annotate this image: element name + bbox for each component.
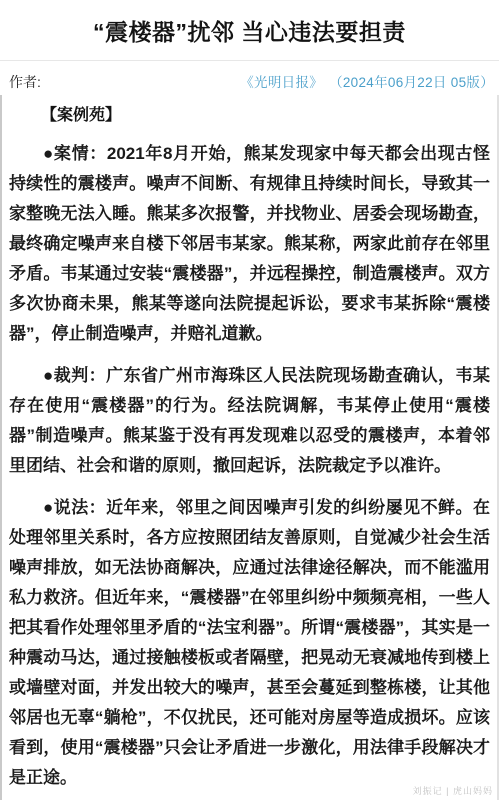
paragraph-label-text: 案情： bbox=[54, 144, 107, 163]
source-citation[interactable]: 《光明日报》（2024年06月22日 05版） bbox=[240, 71, 494, 91]
bullet-icon: ● bbox=[43, 498, 54, 517]
left-edge-border bbox=[0, 95, 2, 800]
bullet-icon: ● bbox=[43, 366, 54, 385]
paragraph-commentary: ●说法：近年来，邻里之间因噪声引发的纠纷屡见不鲜。在处理邻里关系时，各方应按照团… bbox=[9, 493, 490, 793]
paragraph-case-facts-text: 2021年8月开始，熊某发现家中每天都会出现古怪持续性的震楼声。噪声不间断、有规… bbox=[9, 144, 490, 343]
paragraph-label-text: 裁判： bbox=[54, 366, 106, 385]
paragraph-case-facts-label: ●案情： bbox=[43, 144, 107, 163]
article-title: “震楼器”扰邻 当心违法要担责 bbox=[0, 0, 499, 47]
source-name[interactable]: 《光明日报》 bbox=[240, 75, 323, 90]
watermark: 刘振记 | 虎山妈妈 bbox=[413, 786, 493, 796]
section-label: 【案例苑】 bbox=[9, 105, 490, 127]
article-page: “震楼器”扰邻 当心违法要担责 作者: 《光明日报》（2024年06月22日 0… bbox=[0, 0, 499, 800]
meta-row: 作者: 《光明日报》（2024年06月22日 05版） bbox=[0, 61, 499, 92]
paragraph-ruling-label: ●裁判： bbox=[43, 366, 106, 385]
paragraph-case-facts: ●案情：2021年8月开始，熊某发现家中每天都会出现古怪持续性的震楼声。噪声不间… bbox=[9, 139, 490, 349]
paragraph-commentary-label: ●说法： bbox=[43, 498, 106, 517]
source-date: （2024年06月22日 05版） bbox=[329, 75, 494, 90]
author-label: 作者: bbox=[9, 72, 41, 92]
bullet-icon: ● bbox=[43, 144, 54, 163]
paragraph-label-text: 说法： bbox=[54, 498, 106, 517]
article-body: 【案例苑】 ●案情：2021年8月开始，熊某发现家中每天都会出现古怪持续性的震楼… bbox=[0, 105, 499, 793]
paragraph-commentary-text: 近年来，邻里之间因噪声引发的纠纷屡见不鲜。在处理邻里关系时，各方应按照团结友善原… bbox=[9, 498, 490, 787]
paragraph-ruling: ●裁判：广东省广州市海珠区人民法院现场勘查确认，韦某存在使用“震楼器”的行为。经… bbox=[9, 361, 490, 481]
